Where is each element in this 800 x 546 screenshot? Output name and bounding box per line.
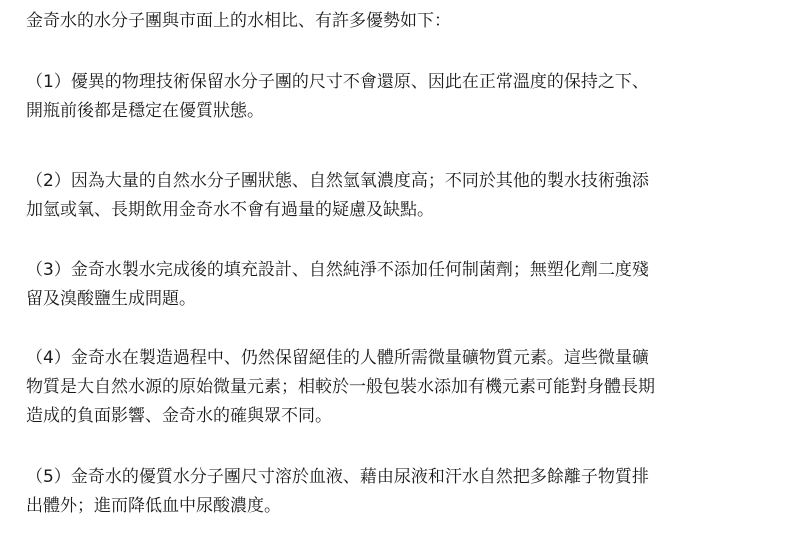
paragraph-line: （3）金奇水製水完成後的填充設計、自然純淨不添加任何制菌劑；無塑化劑二度殘 <box>26 256 786 285</box>
advantage-paragraph-2: （2）因為大量的自然水分子團狀態、自然氫氧濃度高；不同於其他的製水技術強添 加氫… <box>26 167 786 225</box>
advantage-paragraph-5: （5）金奇水的優質水分子團尺寸溶於血液、藉由尿液和汗水自然把多餘離子物質排 出體… <box>26 463 786 521</box>
paragraph-line: （5）金奇水的優質水分子團尺寸溶於血液、藉由尿液和汗水自然把多餘離子物質排 <box>26 463 786 492</box>
document-body: 金奇水的水分子團與市面上的水相比、有許多優勢如下： （1）優異的物理技術保留水分… <box>0 0 800 546</box>
paragraph-line: 物質是大自然水源的原始微量元素；相較於一般包裝水添加有機元素可能對身體長期 <box>26 373 786 402</box>
advantage-paragraph-3: （3）金奇水製水完成後的填充設計、自然純淨不添加任何制菌劑；無塑化劑二度殘 留及… <box>26 256 786 314</box>
paragraph-line: 出體外；進而降低血中尿酸濃度。 <box>26 492 786 521</box>
paragraph-line: 留及溴酸鹽生成問題。 <box>26 285 786 314</box>
paragraph-line: 造成的負面影響、金奇水的確與眾不同。 <box>26 402 786 431</box>
advantage-paragraph-4: （4）金奇水在製造過程中、仍然保留絕佳的人體所需微量礦物質元素。這些微量礦 物質… <box>26 344 786 431</box>
paragraph-line: （2）因為大量的自然水分子團狀態、自然氫氧濃度高；不同於其他的製水技術強添 <box>26 167 786 196</box>
paragraph-line: 開瓶前後都是穩定在優質狀態。 <box>26 97 786 126</box>
paragraph-line: 加氫或氧、長期飲用金奇水不會有過量的疑慮及缺點。 <box>26 196 786 225</box>
paragraph-line: （1）優異的物理技術保留水分子團的尺寸不會還原、因此在正常溫度的保持之下、 <box>26 68 786 97</box>
advantage-paragraph-1: （1）優異的物理技術保留水分子團的尺寸不會還原、因此在正常溫度的保持之下、 開瓶… <box>26 68 786 126</box>
intro-text: 金奇水的水分子團與市面上的水相比、有許多優勢如下： <box>26 8 451 34</box>
paragraph-line: （4）金奇水在製造過程中、仍然保留絕佳的人體所需微量礦物質元素。這些微量礦 <box>26 344 786 373</box>
